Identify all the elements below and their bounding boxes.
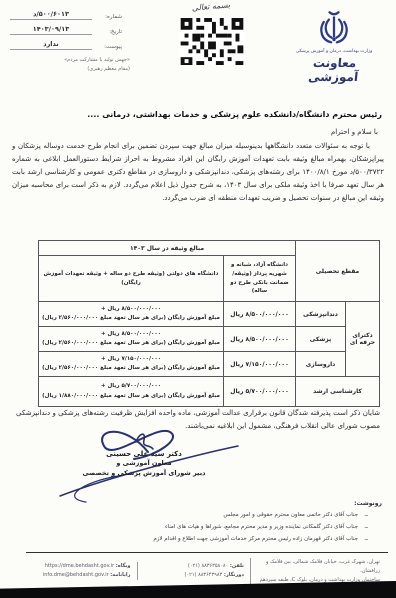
number-label: شماره:: [92, 14, 122, 20]
letter-body-paragraph: با توجه به سئوالات متعدد دانشگاهها بدینو…: [12, 140, 384, 205]
state-amount-bottom: مبلغ آموزش رایگان (برای هر سال تعهد مبلغ…: [41, 392, 221, 401]
field-cell: کارشناسی ارشد: [296, 377, 380, 407]
cc-header: رونوشت:: [14, 500, 382, 507]
state-amount-bottom: مبلغ آموزش رایگان (برای هر سال تعهد مبلغ…: [41, 339, 221, 348]
field-cell: پزشکی: [296, 327, 346, 352]
state-amount-cell: ۷/۱۵۰/۰۰۰/۰۰۰ ریال + مبلغ آموزش رایگان (…: [39, 352, 224, 377]
cc-item-text: جناب آقای دکتر گلمکانی نماینده وزیر و مد…: [165, 523, 358, 532]
state-amount-cell: ۸/۵۰۰/۰۰۰/۰۰۰ ریال + مبلغ آموزش رایگان (…: [39, 327, 224, 352]
qr-code: [179, 18, 245, 65]
state-amount-top: ۷/۱۵۰/۰۰۰/۰۰۰ ریال +: [41, 355, 221, 364]
cc-item-text: جناب آقای دکتر قهرمان زاده رئیس محترم مر…: [153, 535, 358, 544]
table-header-row-1: مقطع تحصیلی مبالغ وثیقه در سال ۱۴۰۳: [39, 241, 380, 256]
azad-amount-cell: ۷/۱۵۰/۰۰۰/۰۰۰ ریال: [224, 352, 296, 377]
address-line1: تهران، شهرک غرب، خیابان فلامک شمالی، بین…: [257, 558, 380, 576]
email-address: info.dme@behdasht.gov.ir: [43, 572, 109, 578]
letter-attachment-row: پیوست: ندارد: [10, 40, 122, 50]
collateral-table-wrap: مقطع تحصیلی مبالغ وثیقه در سال ۱۴۰۳ دانش…: [38, 240, 380, 407]
cc-section: رونوشت: ــ جناب آقای دکتر حاتمی معاون مح…: [14, 500, 382, 547]
date-value: ۱۴۰۳/۰۹/۱۳: [10, 25, 92, 35]
table-row: کارشناسی ارشد ۵/۷۰۰/۰۰۰/۰۰۰ ریال ۵/۷۰۰/۰…: [39, 377, 380, 407]
fax-number: ۸۸۳۶۴۳۹۸۳ (۰۲۱): [185, 572, 223, 578]
closing-paragraph: شایان ذکر است پذیرفته شدگان قانون برقرار…: [16, 407, 380, 433]
dash-bullet: ــ: [358, 523, 368, 532]
department-name: معاونت آموزشی: [287, 56, 382, 84]
website-label: وبگاه:: [116, 563, 131, 569]
field-cell: دندانپزشکی: [296, 302, 346, 327]
letter-date-row: تاریخ: ۱۴۰۳/۰۹/۱۳: [10, 25, 122, 35]
bismillah-text: بسمه تعالی: [176, 0, 247, 14]
cc-item: ــ جناب آقای دکتر حاتمی معاون محترم حقوق…: [14, 511, 382, 520]
number-value: ۵۰۰/۶۰۱۳/د: [10, 10, 92, 20]
state-amount-cell: ۸/۵۰۰/۰۰۰/۰۰۰ ریال + مبلغ آموزش رایگان (…: [39, 302, 224, 327]
table-row: پزشکی ۸/۵۰۰/۰۰۰/۰۰۰ ریال ۸/۵۰۰/۰۰۰/۰۰۰ ر…: [39, 327, 380, 352]
letterhead-logo-block: وزارت بهداشت، درمان و آموزش پزشکی معاونت…: [288, 8, 380, 84]
attachment-value: ندارد: [10, 40, 92, 50]
slogan-block: «جهش تولید با مشارکت مردم» (مقام معظم ره…: [10, 56, 130, 73]
state-amount-top: ۵/۷۰۰/۰۰۰/۰۰۰ ریال +: [41, 382, 221, 391]
azad-amount-cell: ۸/۵۰۰/۰۰۰/۰۰۰ ریال: [224, 302, 296, 327]
state-amount-bottom: مبلغ آموزش رایگان (برای هر سال تعهد مبلغ…: [41, 364, 221, 373]
signature-block: دکتر سید علی حسینی معاون آموزشی و دبیر ش…: [64, 450, 224, 479]
group-doctorate-cell: دکترای حرفه ای: [346, 302, 380, 377]
footer-web: وبگاه: https://dme.behdasht.gov.ir رایان…: [8, 562, 137, 580]
state-amount-top: ۸/۵۰۰/۰۰۰/۰۰۰ ریال +: [41, 330, 221, 339]
collateral-table: مقطع تحصیلی مبالغ وثیقه در سال ۱۴۰۳ دانش…: [38, 240, 380, 407]
footer: تهران، شهرک غرب، خیابان فلامک شمالی، بین…: [8, 558, 386, 584]
date-label: تاریخ:: [92, 29, 122, 35]
footer-address: تهران، شهرک غرب، خیابان فلامک شمالی، بین…: [250, 558, 386, 585]
signer-name: دکتر سید علی حسینی: [64, 450, 224, 458]
letter-meta-block: شماره: ۵۰۰/۶۰۱۳/د تاریخ: ۱۴۰۳/۰۹/۱۳ پیوس…: [10, 10, 122, 55]
state-amount-top: ۸/۵۰۰/۰۰۰/۰۰۰ ریال +: [41, 305, 221, 314]
dash-bullet: ــ: [358, 511, 368, 520]
table-row: دکترای حرفه ای دندانپزشکی ۸/۵۰۰/۰۰۰/۰۰۰ …: [39, 302, 380, 327]
cc-item: ــ جناب آقای دکتر قهرمان زاده رئیس محترم…: [14, 535, 382, 544]
field-cell: داروسازی: [296, 352, 346, 377]
footer-phones: تلفن: ۸۸۳۶۳۵۸۰۸۰ (۰۲۱) دورنگار: ۸۸۳۶۴۳۹۸…: [137, 562, 250, 580]
email-label: رایانامه:: [110, 572, 130, 578]
azad-amount-cell: ۵/۷۰۰/۰۰۰/۰۰۰ ریال: [224, 377, 296, 407]
salutation: با سلام و احترام: [331, 128, 378, 136]
phone-label: تلفن:: [230, 563, 244, 569]
azad-amount-cell: ۸/۵۰۰/۰۰۰/۰۰۰ ریال: [224, 327, 296, 352]
letter-number-row: شماره: ۵۰۰/۶۰۱۳/د: [10, 10, 122, 20]
slogan-line2: (مقام معظم رهبری): [10, 65, 130, 74]
table-title-cell: مبالغ وثیقه در سال ۱۴۰۳: [39, 241, 296, 256]
state-amount-bottom: مبلغ آموزش رایگان (برای هر سال تعهد مبلغ…: [41, 314, 221, 323]
cc-item-text: جناب آقای دکتر حاتمی معاون محترم حقوقی و…: [223, 511, 358, 520]
scanned-letter-page: وزارت بهداشت، درمان و آموزش پزشکی معاونت…: [0, 0, 396, 598]
signer-title-2: دبیر شورای آموزش پزشکی و تخصصی: [64, 468, 224, 478]
attachment-label: پیوست:: [92, 44, 122, 50]
table-row: داروسازی ۷/۱۵۰/۰۰۰/۰۰۰ ریال ۷/۱۵۰/۰۰۰/۰۰…: [39, 352, 380, 377]
fax-label: دورنگار:: [224, 572, 244, 578]
cc-item: ــ جناب آقای دکتر گلمکانی نماینده وزیر و…: [14, 523, 382, 532]
ministry-name: وزارت بهداشت، درمان و آموزش پزشکی: [288, 49, 380, 55]
footer-divider: [26, 552, 388, 553]
col-header-state: دانشگاه های دولتی (وثیقه طرح دو ساله + و…: [39, 256, 224, 302]
col-header-azad: دانشگاه آزاد، شبانه و شهریه پرداز (وثیقه…: [224, 256, 296, 302]
state-amount-cell: ۵/۷۰۰/۰۰۰/۰۰۰ ریال + مبلغ آموزش رایگان (…: [39, 377, 224, 407]
signer-title-1: معاون آموزشی و: [64, 458, 224, 468]
website-url: https://dme.behdasht.gov.ir: [45, 563, 114, 569]
iran-emblem-icon: [317, 8, 351, 46]
col-header-level: مقطع تحصیلی: [296, 241, 380, 302]
recipient-title: رئیس محترم دانشگاه/دانشکده علوم پزشکی و …: [12, 110, 382, 119]
dash-bullet: ــ: [358, 535, 368, 544]
phone-number: ۸۸۳۶۳۵۸۰۸۰ (۰۲۱): [188, 563, 228, 569]
slogan-line1: «جهش تولید با مشارکت مردم»: [10, 56, 130, 65]
